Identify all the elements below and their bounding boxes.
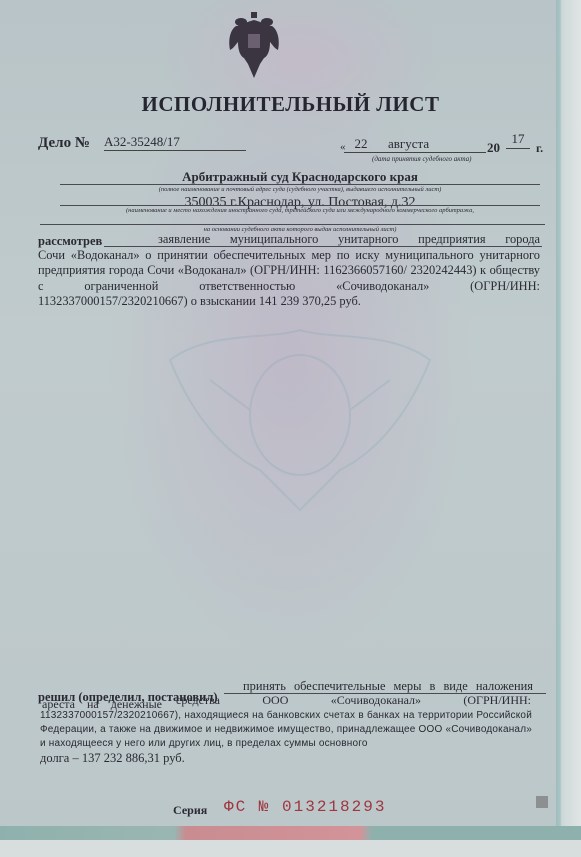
- decided-second-line-b: средства ООО «Сочиводоканал» (ОГРН/ИНН:: [176, 693, 531, 709]
- marker-square: [536, 796, 548, 808]
- date-month: августа: [374, 136, 486, 153]
- court-name-line: [60, 184, 540, 185]
- document-page: ИСПОЛНИТЕЛЬНЫЙ ЛИСТ Дело № А32-35248/17 …: [0, 0, 556, 840]
- court-name-caption: (полное наименование и почтовый адрес су…: [60, 186, 540, 193]
- security-band: [0, 826, 581, 840]
- considered-text-block: заявление муниципального унитарного пред…: [38, 232, 540, 310]
- series-number: ФС № 013218293: [224, 798, 386, 816]
- court-address-caption: (наименование и место нахождения иностра…: [60, 207, 540, 214]
- year-suffix: 17: [506, 131, 530, 149]
- coat-of-arms-icon: [226, 12, 282, 78]
- decided-text: 1132337000157/2320210667), находящиеся н…: [40, 709, 532, 751]
- date-day: 22: [344, 136, 378, 153]
- series-label: Серия: [173, 803, 207, 818]
- case-number: А32-35248/17: [104, 134, 246, 151]
- year-unit: г.: [536, 141, 543, 156]
- page-edge: [556, 0, 581, 857]
- considered-first-line: заявление муниципального унитарного пред…: [38, 232, 540, 248]
- background-strip: [0, 840, 581, 857]
- case-label: Дело №: [38, 135, 90, 152]
- decided-last-line: долга – 137 232 886,31 руб.: [40, 751, 185, 767]
- considered-text: Сочи «Водоканал» о принятии обеспечитель…: [38, 248, 540, 309]
- watermark-emblem-icon: [150, 320, 450, 520]
- year-prefix: 20: [487, 140, 500, 156]
- document-title: ИСПОЛНИТЕЛЬНЫЙ ЛИСТ: [0, 92, 581, 117]
- date-caption: (дата принятия судебного акта): [372, 155, 471, 163]
- court-address-line: [60, 205, 540, 206]
- court-name: Арбитражный суд Краснодарского края: [60, 169, 540, 185]
- blank-line: [40, 224, 545, 225]
